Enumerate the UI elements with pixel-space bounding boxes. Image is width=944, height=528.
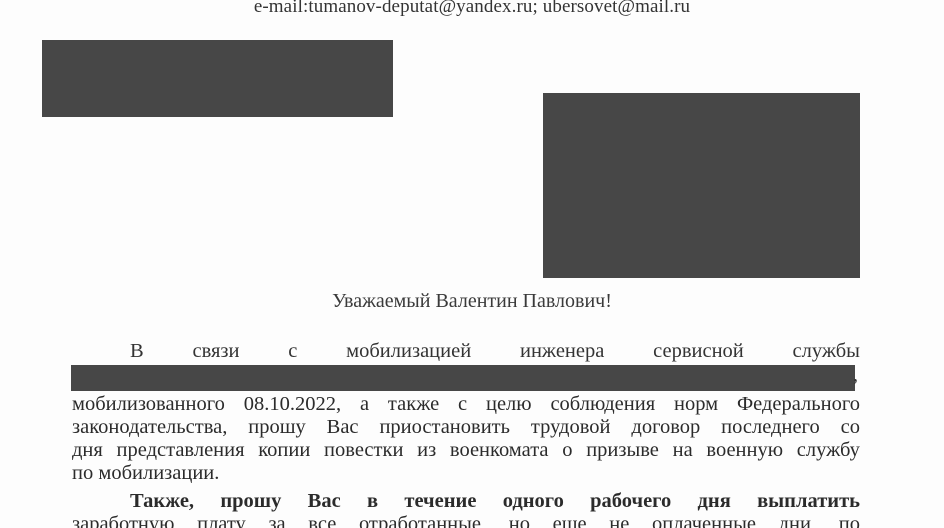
text-line: дняпредставлениякопииповесткиизвоенкомат… [72,439,860,462]
word: заработную [72,513,174,528]
word: соблюдения [550,393,655,416]
word: одного [503,490,564,513]
word: целю [486,393,532,416]
word: по [839,513,860,528]
word: В [130,340,144,363]
text-line: Также,прошуВасвтечениеодногорабочегодняв… [72,490,860,513]
word: прошу [220,490,281,513]
word: все [308,513,336,528]
word: из [417,439,436,462]
paragraph-2-body: Также,прошуВасвтечениеодногорабочегодняв… [72,490,860,528]
word: не [609,513,629,528]
redaction-trailing-comma: , [853,363,858,387]
text-line: законодательства,прошуВасприостановитьтр… [72,416,860,439]
word: службы [793,340,860,363]
redaction-block-recipient [543,93,860,278]
word: дни, [779,513,817,528]
word: а [360,393,369,416]
word: о [562,439,572,462]
word: выплатить [757,490,860,513]
paragraph-1-body: мобилизованного08.10.2022,атакжесцелюсоб… [72,393,860,485]
word: призыве [586,439,659,462]
word: отработанные, [359,513,486,528]
word: рабочего [590,490,671,513]
word: с [458,393,467,416]
word: оплаченные [652,513,756,528]
word: в [367,490,378,513]
word: копии [258,439,310,462]
word: законодательства, [72,416,227,439]
word: договор [631,416,700,439]
redaction-block-employee-name [71,365,855,391]
word: военную [706,439,783,462]
word: норм [674,393,718,416]
word: приостановить [379,416,510,439]
redaction-block-sender [42,40,393,117]
word: 08.10.2022, [244,393,341,416]
word: мобилизованного [72,393,225,416]
contact-email-line: e-mail:tumanov-deputat@yandex.ru; uberso… [0,0,944,19]
word: плату [197,513,246,528]
text-line: заработнуюплатузавсеотработанные,ноещене… [72,513,860,528]
word: Вас [327,416,359,439]
word: военкомата [450,439,549,462]
word: с [288,340,297,363]
word: Федерального [737,393,860,416]
word: прошу [248,416,306,439]
document-page: e-mail:tumanov-deputat@yandex.ru; uberso… [0,0,944,528]
word: сервисной [653,340,744,363]
word: со [841,416,860,439]
word: дня [698,490,731,513]
word: представления [117,439,245,462]
word: но [509,513,530,528]
word: службу [797,439,860,462]
word: дня [72,439,103,462]
word: течение [404,490,476,513]
text-line: мобилизованного08.10.2022,атакжесцелюсоб… [72,393,860,416]
paragraph-1-first-line: Всвязисмобилизациейинженерасервиснойслуж… [72,340,860,363]
word: мобилизацией [346,340,471,363]
word: трудовой [531,416,611,439]
word: Также, [130,490,194,513]
word: повестки [324,439,403,462]
word: последнего [721,416,820,439]
word: на [673,439,693,462]
word: за [268,513,285,528]
greeting: Уважаемый Валентин Павлович! [0,288,944,314]
word: связи [192,340,239,363]
word: также [388,393,439,416]
word: еще [553,513,587,528]
word: инженера [520,340,604,363]
text-line-last: по мобилизации. [72,462,860,485]
word: Вас [308,490,341,513]
